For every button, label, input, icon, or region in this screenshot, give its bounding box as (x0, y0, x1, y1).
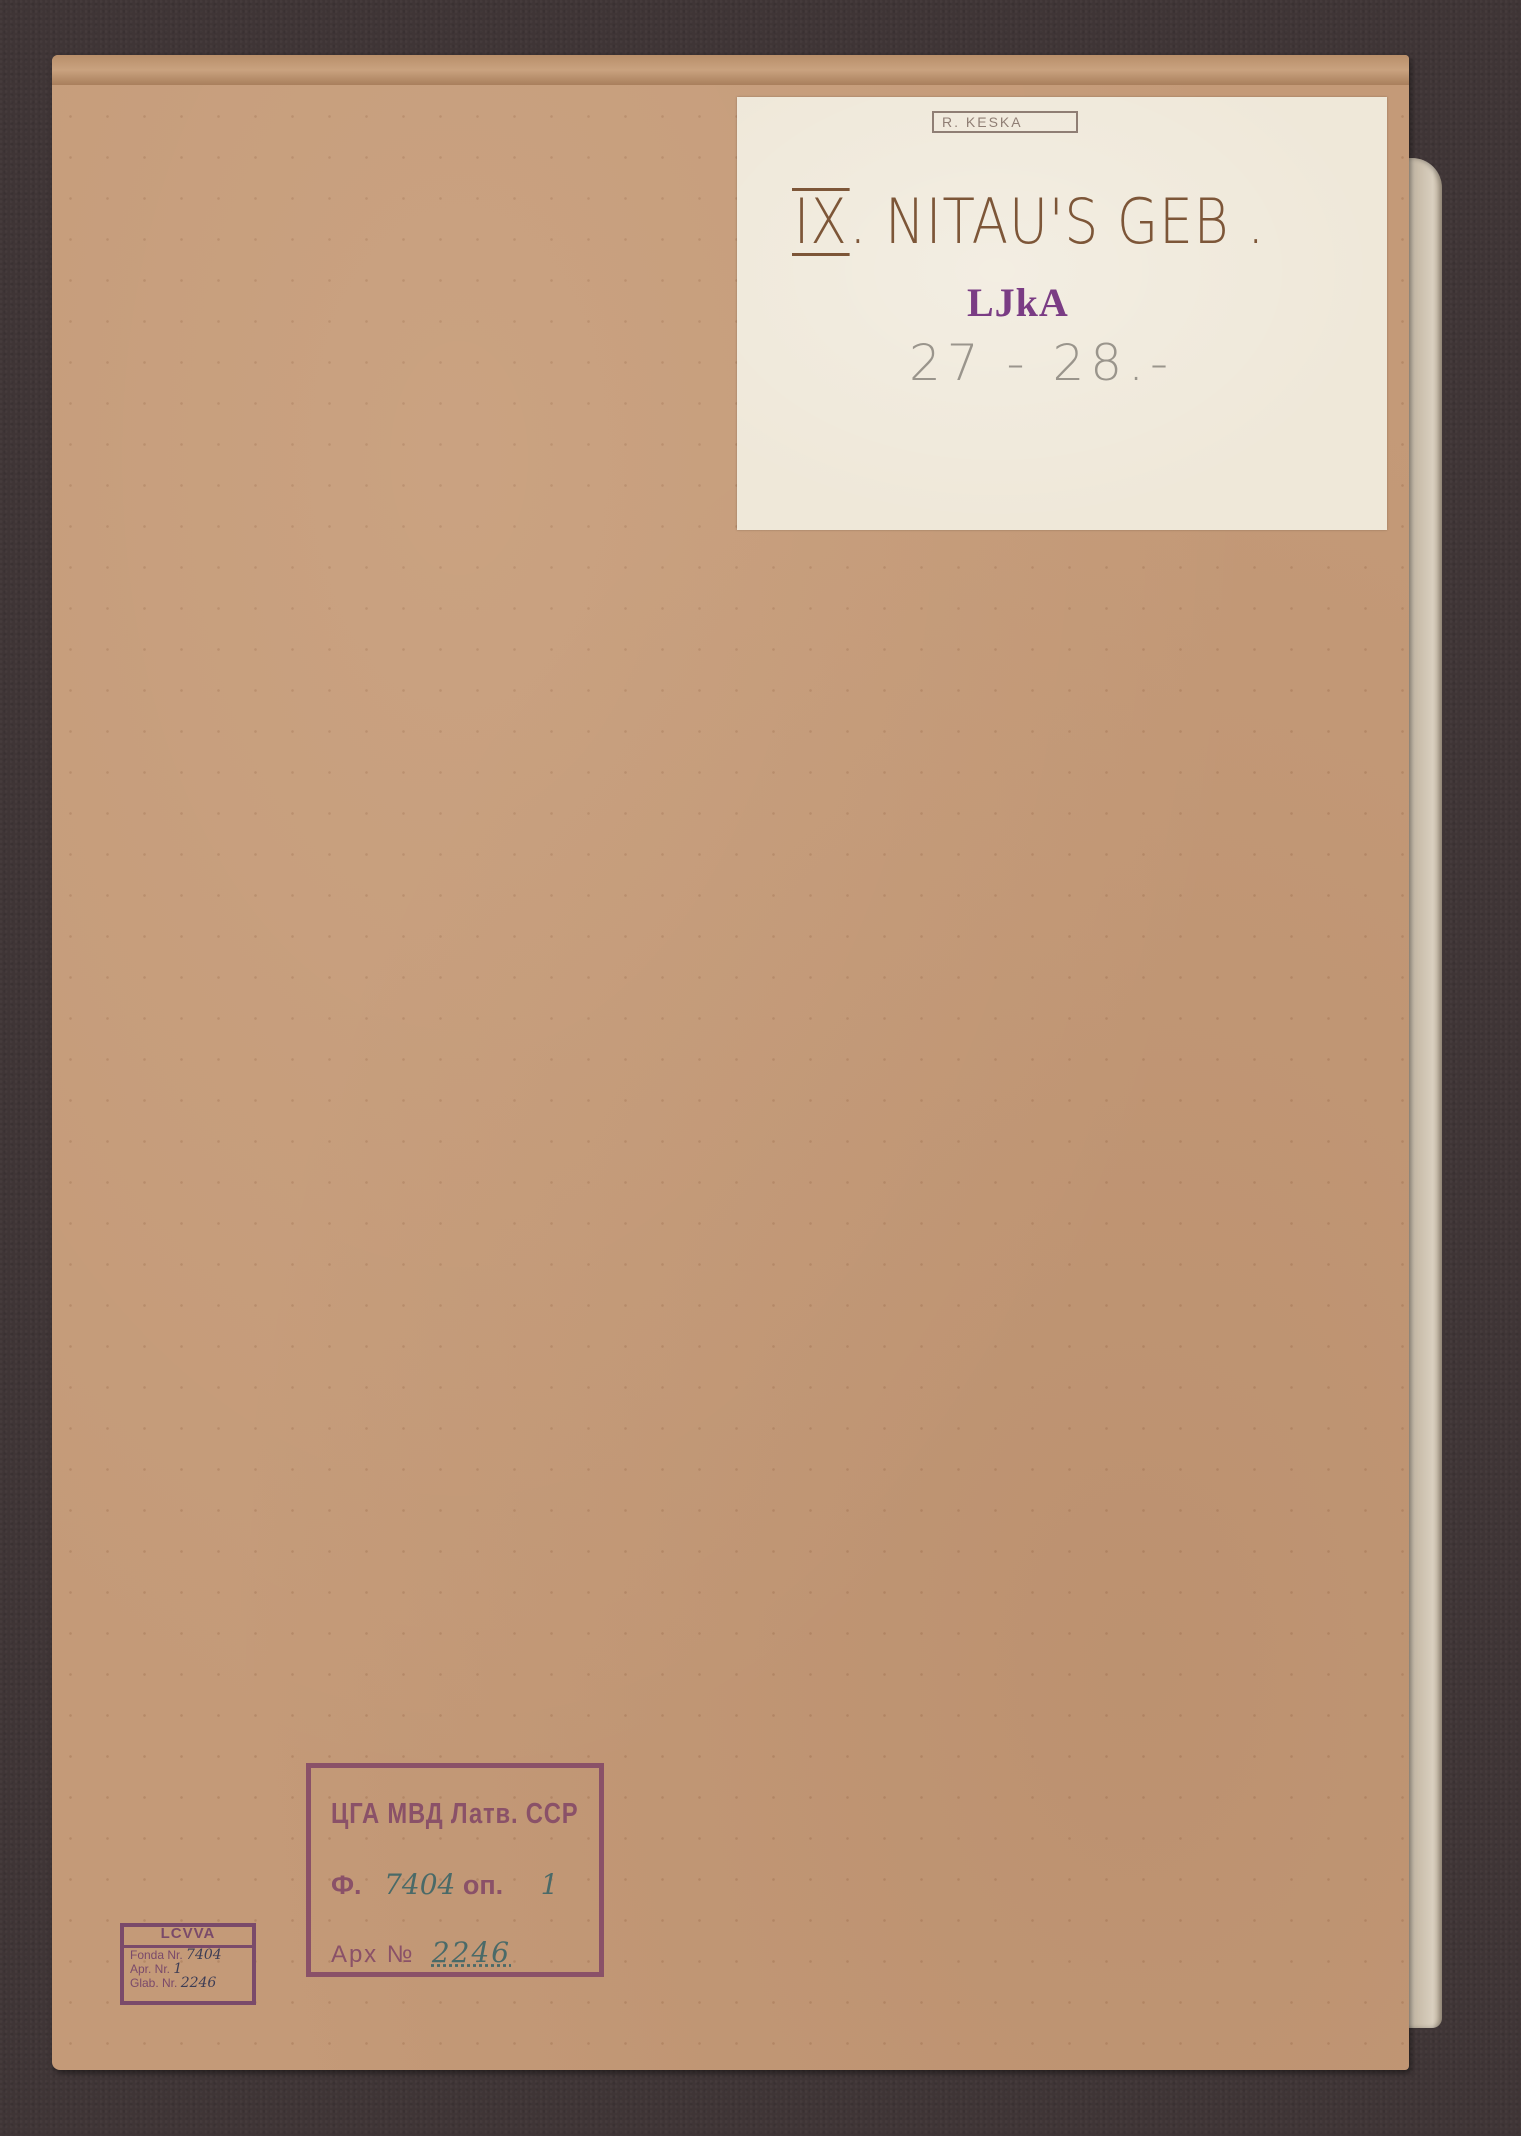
glab-value: 2246 (181, 1975, 217, 1991)
lcvva-header: LCVVA (124, 1927, 252, 1948)
arch-row: Арх № 2246 (331, 1936, 511, 1969)
fond-row: Ф. 7404 оп. 1 (331, 1868, 559, 1901)
file-title: IX. NITAU'S GEB . (792, 185, 1265, 258)
fonda-label: Fonda Nr. (130, 1948, 183, 1962)
glab-row: Glab. Nr. 2246 (124, 1976, 252, 1990)
name-stamp: R. KESKA (932, 111, 1078, 133)
lcvva-stamp: LCVVA Fonda Nr. 7404 Apr. Nr. 1 Glab. Nr… (120, 1923, 256, 2005)
opis-label: оп. (463, 1870, 503, 1900)
years-range: 27 - 28.- (909, 334, 1174, 392)
roman-numeral: IX (792, 188, 849, 256)
fond-label: Ф. (331, 1870, 362, 1900)
arch-label: Арх № (331, 1941, 415, 1968)
archive-name: ЦГА МВД Латв. ССР (331, 1798, 578, 1831)
code-stamp: LJkA (967, 279, 1069, 326)
title-label: R. KESKA IX. NITAU'S GEB . LJkA 27 - 28.… (737, 97, 1387, 530)
cover-fold (52, 55, 1409, 85)
title-text: . NITAU'S GEB . (849, 185, 1265, 258)
archive-stamp: ЦГА МВД Латв. ССР Ф. 7404 оп. 1 Арх № 22… (306, 1763, 604, 1977)
opis-value: 1 (541, 1868, 559, 1901)
glab-label: Glab. Nr. (130, 1976, 177, 1990)
file-cover: R. KESKA IX. NITAU'S GEB . LJkA 27 - 28.… (52, 55, 1409, 2070)
apr-row: Apr. Nr. 1 (124, 1962, 252, 1976)
fonda-row: Fonda Nr. 7404 (124, 1948, 252, 1962)
arch-value: 2246 (432, 1936, 511, 1969)
fonda-value: 7404 (186, 1947, 222, 1963)
fond-value: 7404 (384, 1868, 455, 1901)
apr-label: Apr. Nr. (130, 1962, 170, 1976)
